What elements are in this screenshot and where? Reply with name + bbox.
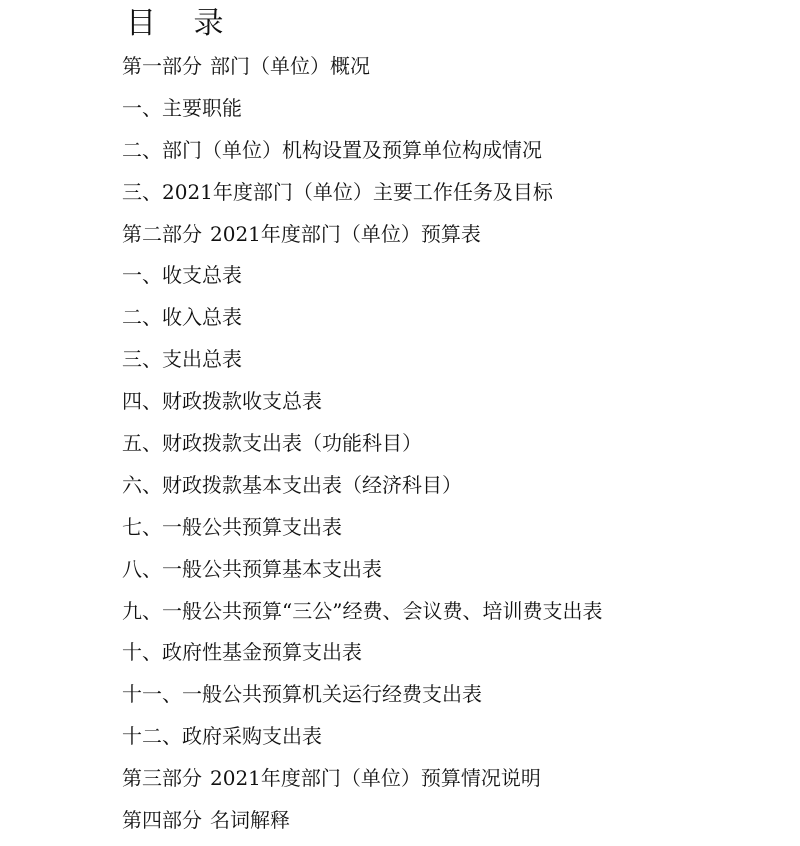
toc-entry-text: 十、政府性基金预算支出表: [122, 640, 362, 664]
toc-entry-text: 二、收入总表: [122, 305, 242, 329]
toc-entry-text: 2021年度部门（单位）预算情况说明: [210, 766, 541, 790]
toc-entry-text: 七、一般公共预算支出表: [122, 515, 342, 539]
toc-entry-text: 五、财政拨款支出表（功能科目）: [122, 431, 422, 455]
toc-item[interactable]: 一、主要职能: [122, 93, 602, 135]
toc-item[interactable]: 三、支出总表: [122, 344, 602, 386]
toc-part-label: 第四部分: [122, 808, 202, 832]
toc-part-label: 第三部分: [122, 766, 202, 790]
toc-title: 目 录: [126, 6, 238, 42]
toc-item[interactable]: 五、财政拨款支出表（功能科目）: [122, 428, 602, 470]
toc-entry-text: 六、财政拨款基本支出表（经济科目）: [122, 473, 462, 497]
toc-item[interactable]: 十一、一般公共预算机关运行经费支出表: [122, 679, 602, 721]
toc-item[interactable]: 二、部门（单位）机构设置及预算单位构成情况: [122, 135, 602, 177]
toc-entry-text: 名词解释: [210, 808, 290, 832]
toc-entry-text: 九、一般公共预算“三公”经费、会议费、培训费支出表: [122, 599, 602, 623]
toc-part-2[interactable]: 第二部分2021年度部门（单位）预算表: [122, 219, 602, 261]
toc-entry-text: 2021年度部门（单位）预算表: [210, 222, 481, 246]
toc-entry-text: 一、收支总表: [122, 263, 242, 287]
toc-entry-text: 四、财政拨款收支总表: [122, 389, 322, 413]
toc-part-1[interactable]: 第一部分部门（单位）概况: [122, 51, 602, 93]
toc-part-4[interactable]: 第四部分名词解释: [122, 805, 602, 846]
toc-item[interactable]: 七、一般公共预算支出表: [122, 512, 602, 554]
toc-part-label: 第一部分: [122, 54, 202, 78]
toc-entry-text: 一、主要职能: [122, 96, 242, 120]
toc-part-label: 第二部分: [122, 222, 202, 246]
toc-entry-text: 三、2021年度部门（单位）主要工作任务及目标: [122, 180, 553, 204]
toc-item[interactable]: 四、财政拨款收支总表: [122, 386, 602, 428]
toc-item[interactable]: 十、政府性基金预算支出表: [122, 637, 602, 679]
toc-item[interactable]: 二、收入总表: [122, 302, 602, 344]
toc-entry-text: 三、支出总表: [122, 347, 242, 371]
toc-item[interactable]: 一、收支总表: [122, 260, 602, 302]
toc-item[interactable]: 六、财政拨款基本支出表（经济科目）: [122, 470, 602, 512]
toc-part-3[interactable]: 第三部分2021年度部门（单位）预算情况说明: [122, 763, 602, 805]
toc-item[interactable]: 九、一般公共预算“三公”经费、会议费、培训费支出表: [122, 596, 602, 638]
toc-entry-text: 部门（单位）概况: [210, 54, 370, 78]
toc-entry-text: 二、部门（单位）机构设置及预算单位构成情况: [122, 138, 542, 162]
toc-item[interactable]: 八、一般公共预算基本支出表: [122, 554, 602, 596]
toc-item[interactable]: 十二、政府采购支出表: [122, 721, 602, 763]
table-of-contents: 第一部分部门（单位）概况 一、主要职能 二、部门（单位）机构设置及预算单位构成情…: [122, 51, 602, 846]
toc-entry-text: 十二、政府采购支出表: [122, 724, 322, 748]
toc-item[interactable]: 三、2021年度部门（单位）主要工作任务及目标: [122, 177, 602, 219]
toc-entry-text: 八、一般公共预算基本支出表: [122, 557, 382, 581]
toc-entry-text: 十一、一般公共预算机关运行经费支出表: [122, 682, 482, 706]
